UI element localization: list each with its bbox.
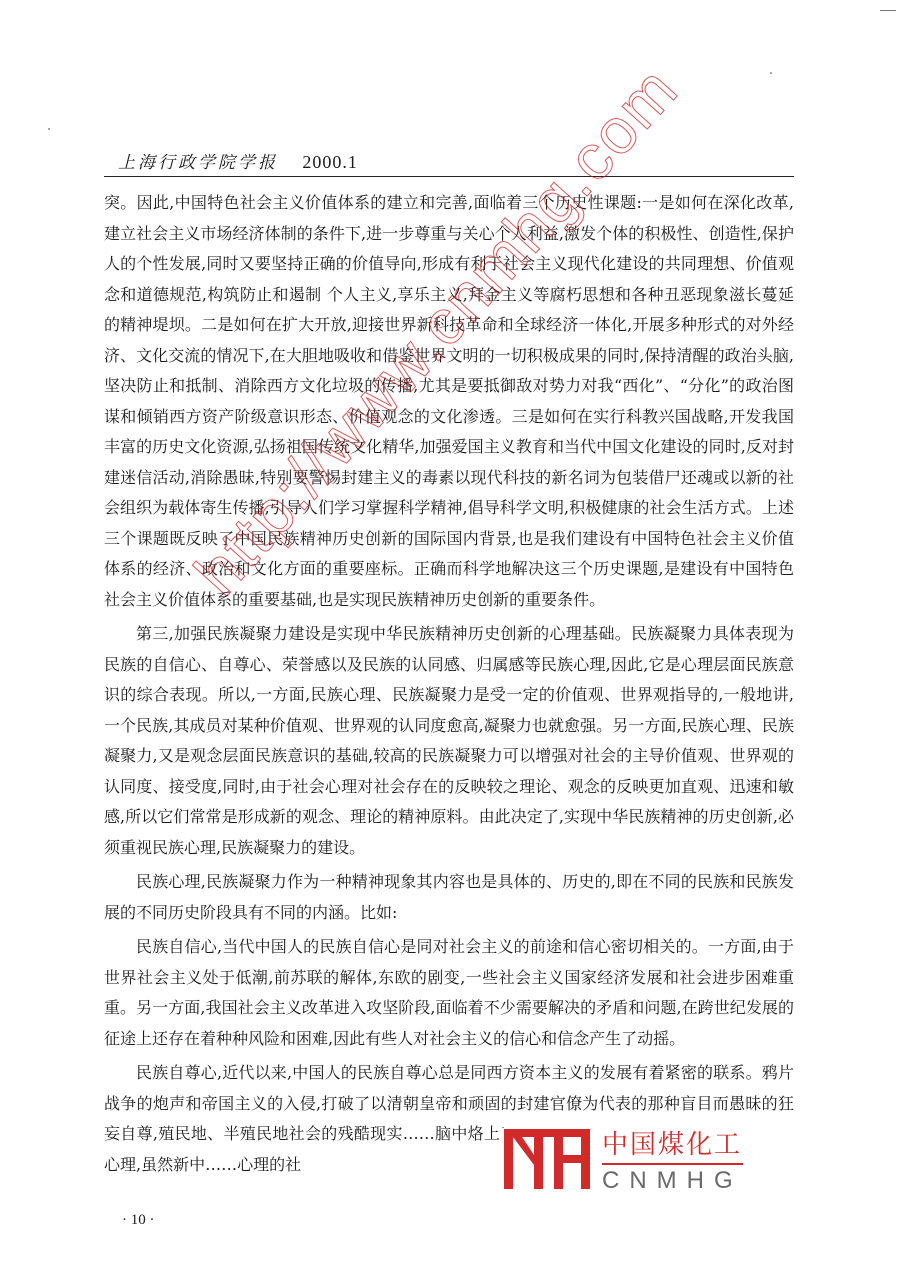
logo-name-cn: 中国煤化工 — [602, 1124, 743, 1165]
logo-name-en: CNMHG — [602, 1167, 743, 1195]
paragraph: 第三,加强民族凝聚力建设是实现中华民族精神历史创新的心理基础。民族凝聚力具体表现… — [104, 619, 794, 863]
issue-number: 2000.1 — [302, 152, 358, 172]
scan-speck — [770, 72, 772, 74]
scan-artifact — [880, 10, 896, 11]
paragraph: 突。因此,中国特色社会主义价值体系的建立和完善,面临着三个历史性课题:一是如何在… — [104, 188, 794, 615]
publisher-logo: 中国煤化工 CNMHG — [504, 1124, 804, 1194]
running-header: 上海行政学院学报 2000.1 — [118, 148, 358, 173]
article-body: 突。因此,中国特色社会主义价值体系的建立和完善,面临着三个历史性课题:一是如何在… — [104, 188, 794, 1180]
paragraph: 民族心理,民族凝聚力作为一种精神现象其内容也是具体的、历史的,即在不同的民族和民… — [104, 867, 794, 928]
journal-title: 上海行政学院学报 — [118, 153, 278, 173]
page-number: · 10 · — [122, 1212, 155, 1229]
scan-speck — [48, 128, 50, 130]
mh-logo-icon — [504, 1129, 590, 1189]
header-rule — [104, 176, 794, 177]
paragraph: 民族自信心,当代中国人的民族自信心是同对社会主义的前途和信心密切相关的。一方面,… — [104, 932, 794, 1054]
